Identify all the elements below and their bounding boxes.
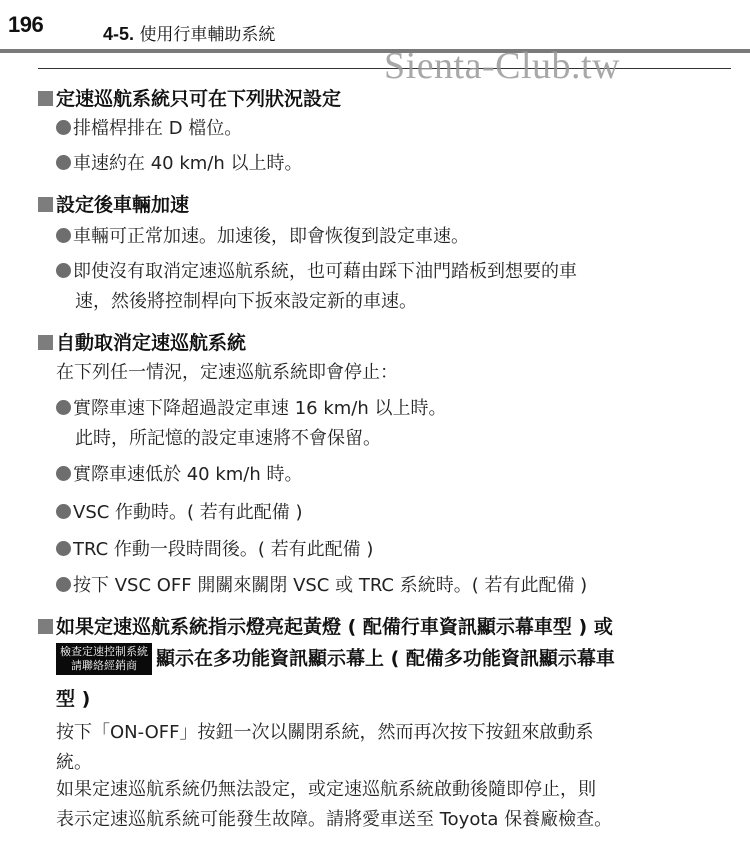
circle-bullet-icon <box>56 504 71 519</box>
circle-bullet-icon <box>56 228 71 243</box>
heading-text: 定速巡航系統只可在下列狀況設定 <box>56 88 341 110</box>
header-rule-thick <box>0 49 750 53</box>
section-title-text: 使用行車輔助系統 <box>139 25 275 45</box>
heading-text: 自動取消定速巡航系統 <box>56 332 246 354</box>
list-item: 即使沒有取消定速巡航系統，也可藉由踩下油門踏板到想要的車 速，然後將控制桿向下扳… <box>56 257 577 317</box>
list-item-text: VSC 作動時。( 若有此配備 ) <box>73 502 303 523</box>
heading-auto-cancel: 自動取消定速巡航系統 <box>38 328 246 355</box>
intro-paragraph: 在下列任一情況，定速巡航系統即會停止： <box>56 358 398 388</box>
list-item-text: 實際車速低於 40 km/h 時。 <box>73 464 303 485</box>
square-bullet-icon <box>38 619 53 634</box>
heading-text: 顯示在多功能資訊顯示幕上 ( 配備多功能資訊顯示幕車 <box>156 648 615 670</box>
page-number: 196 <box>8 12 43 38</box>
list-item: TRC 作動一段時間後。( 若有此配備 ) <box>56 535 373 565</box>
paragraph-text-continued: 表示定速巡航系統可能發生故障。請將愛車送至 Toyota 保養廠檢查。 <box>56 809 612 830</box>
heading-indicator-warning: 如果定速巡航系統指示燈亮起黃燈 ( 配備行車資訊顯示幕車型 ) 或 <box>38 612 613 639</box>
paragraph-text: 按下「ON-OFF」按鈕一次以關閉系統，然而再次按下按鈕來啟動系 <box>56 722 594 743</box>
list-item: VSC 作動時。( 若有此配備 ) <box>56 498 303 528</box>
list-item-text-continued: 此時，所記憶的設定車速將不會保留。 <box>56 428 381 449</box>
paragraph-text-continued: 統。 <box>56 752 92 773</box>
list-item-text: 排檔桿排在 D 檔位。 <box>73 118 242 139</box>
circle-bullet-icon <box>56 400 71 415</box>
list-item: 排檔桿排在 D 檔位。 <box>56 114 242 144</box>
circle-bullet-icon <box>56 541 71 556</box>
heading-acceleration-after-setting: 設定後車輛加速 <box>38 190 189 217</box>
watermark: Sienta-Club.tw <box>384 44 620 88</box>
heading-indicator-warning-line3: 型 ) <box>56 684 90 711</box>
circle-bullet-icon <box>56 263 71 278</box>
heading-cruise-setting-conditions: 定速巡航系統只可在下列狀況設定 <box>38 84 341 111</box>
paragraph: 如果定速巡航系統仍無法設定，或定速巡航系統啟動後隨即停止，則 表示定速巡航系統可… <box>56 775 612 835</box>
square-bullet-icon <box>38 91 53 106</box>
list-item-text: 按下 VSC OFF 開關來關閉 VSC 或 TRC 系統時。( 若有此配備 ) <box>73 575 587 596</box>
list-item: 實際車速低於 40 km/h 時。 <box>56 460 303 490</box>
section-number: 4-5. <box>103 24 134 44</box>
circle-bullet-icon <box>56 120 71 135</box>
list-item-text: 車輛可正常加速。加速後，即會恢復到設定車速。 <box>73 226 469 247</box>
list-item-text-continued: 速，然後將控制桿向下扳來設定新的車速。 <box>56 291 417 312</box>
list-item-text: 即使沒有取消定速巡航系統，也可藉由踩下油門踏板到想要的車 <box>73 261 577 282</box>
circle-bullet-icon <box>56 155 71 170</box>
heading-text: 型 ) <box>56 688 90 710</box>
list-item: 按下 VSC OFF 開關來關閉 VSC 或 TRC 系統時。( 若有此配備 ) <box>56 571 587 601</box>
section-title: 4-5. 使用行車輔助系統 <box>103 20 275 45</box>
paragraph: 按下「ON-OFF」按鈕一次以關閉系統，然而再次按下按鈕來啟動系 統。 <box>56 718 594 778</box>
list-item-text: TRC 作動一段時間後。( 若有此配備 ) <box>73 539 373 560</box>
list-item: 車速約在 40 km/h 以上時。 <box>56 149 303 179</box>
display-message-image: 檢查定速控制系統 請聯絡經銷商 <box>56 643 152 675</box>
list-item: 車輛可正常加速。加速後，即會恢復到設定車速。 <box>56 222 469 252</box>
circle-bullet-icon <box>56 466 71 481</box>
display-message-line1: 檢查定速控制系統 <box>60 645 148 658</box>
square-bullet-icon <box>38 197 53 212</box>
list-item-text: 車速約在 40 km/h 以上時。 <box>73 153 303 174</box>
display-message-line2: 請聯絡經銷商 <box>71 659 137 672</box>
paragraph-text: 如果定速巡航系統仍無法設定，或定速巡航系統啟動後隨即停止，則 <box>56 779 596 800</box>
heading-text: 設定後車輛加速 <box>56 194 189 216</box>
square-bullet-icon <box>38 335 53 350</box>
heading-text: 如果定速巡航系統指示燈亮起黃燈 ( 配備行車資訊顯示幕車型 ) 或 <box>56 616 613 638</box>
heading-indicator-warning-line2: 檢查定速控制系統 請聯絡經銷商 顯示在多功能資訊顯示幕上 ( 配備多功能資訊顯示… <box>56 643 615 675</box>
list-item-text: 實際車速下降超過設定車速 16 km/h 以上時。 <box>73 398 447 419</box>
list-item: 實際車速下降超過設定車速 16 km/h 以上時。 此時，所記憶的設定車速將不會… <box>56 394 447 454</box>
circle-bullet-icon <box>56 577 71 592</box>
